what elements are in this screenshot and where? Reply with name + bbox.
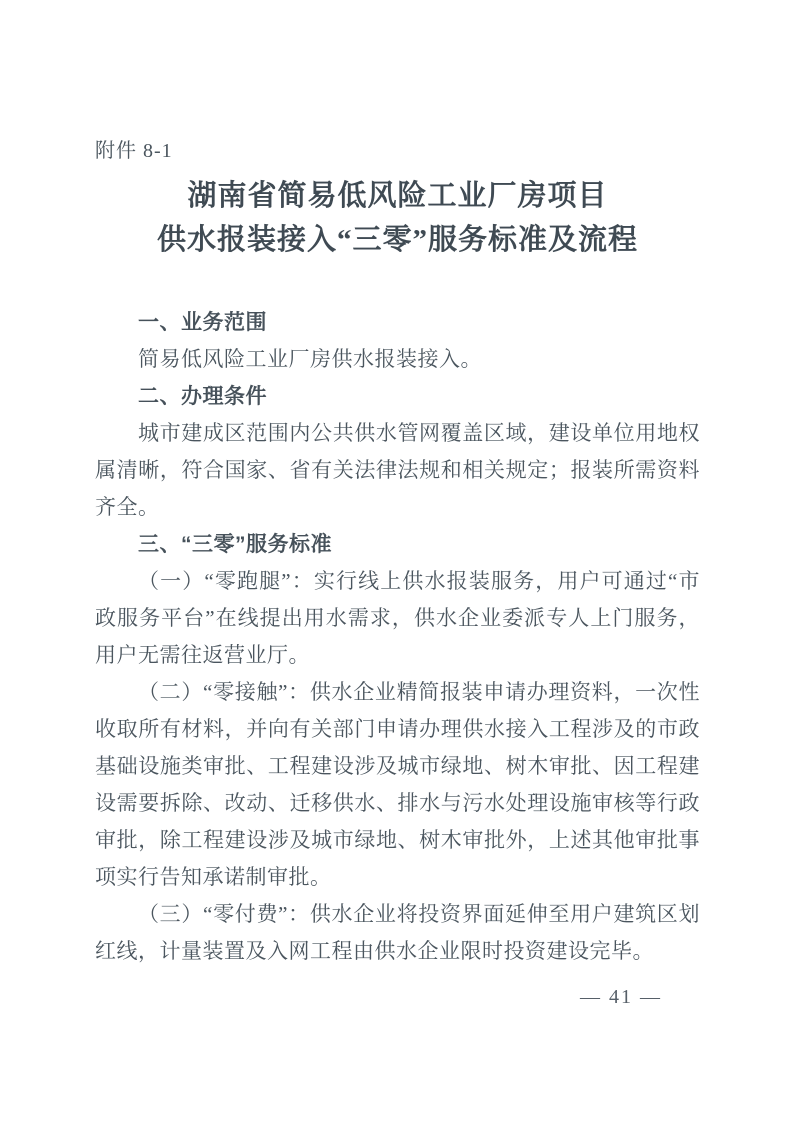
section-heading-business-scope: 一、业务范围 bbox=[95, 304, 700, 341]
document-body: 一、业务范围 简易低风险工业厂房供水报装接入。 二、办理条件 城市建成区范围内公… bbox=[95, 304, 700, 970]
attachment-label: 附件 8-1 bbox=[95, 136, 700, 166]
document-content: 附件 8-1 湖南省简易低风险工业厂房项目 供水报装接入“三零”服务标准及流程 … bbox=[0, 0, 794, 1012]
page-number: — 41 — bbox=[95, 982, 662, 1012]
title-line-2: 供水报装接入“三零”服务标准及流程 bbox=[95, 218, 700, 262]
section-heading-handling-conditions: 二、办理条件 bbox=[95, 378, 700, 415]
section-handling-conditions-paragraph: 城市建成区范围内公共供水管网覆盖区域，建设单位用地权属清晰，符合国家、省有关法律… bbox=[95, 415, 700, 526]
paragraph-zero-contact: （二）“零接触”：供水企业精简报装申请办理资料，一次性收取所有材料，并向有关部门… bbox=[95, 674, 700, 896]
document-title: 湖南省简易低风险工业厂房项目 供水报装接入“三零”服务标准及流程 bbox=[95, 174, 700, 262]
section-business-scope-paragraph: 简易低风险工业厂房供水报装接入。 bbox=[95, 341, 700, 378]
paragraph-zero-errand: （一）“零跑腿”：实行线上供水报装服务，用户可通过“市政服务平台”在线提出用水需… bbox=[95, 563, 700, 674]
paragraph-zero-payment: （三）“零付费”：供水企业将投资界面延伸至用户建筑区划红线，计量装置及入网工程由… bbox=[95, 896, 700, 970]
section-heading-three-zero-standard: 三、“三零”服务标准 bbox=[95, 526, 700, 563]
title-line-1: 湖南省简易低风险工业厂房项目 bbox=[95, 174, 700, 218]
document-page: 附件 8-1 湖南省简易低风险工业厂房项目 供水报装接入“三零”服务标准及流程 … bbox=[0, 0, 794, 1123]
